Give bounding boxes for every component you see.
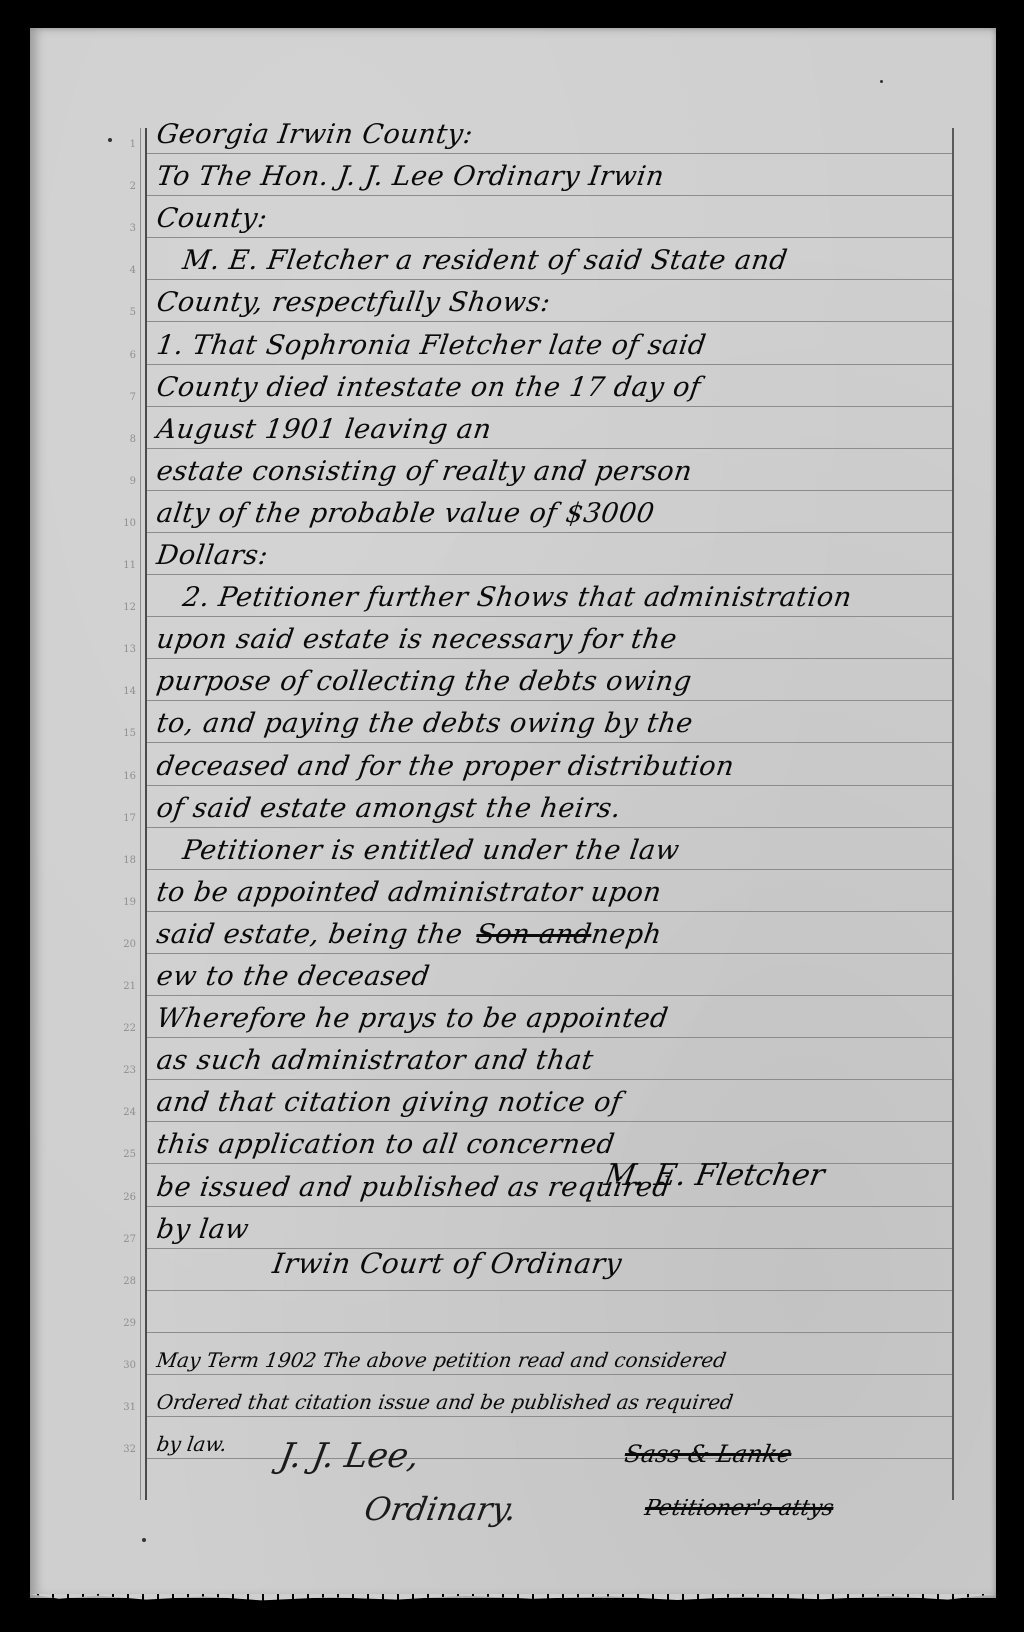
petition-line: purpose of collecting the debts owing <box>154 662 960 702</box>
line-number: 31 <box>106 1402 136 1413</box>
petition-line: be issued and published as required <box>154 1168 960 1208</box>
line-number: 26 <box>106 1192 136 1203</box>
line-number: 22 <box>106 1023 136 1034</box>
line-number: 27 <box>106 1234 136 1245</box>
petition-line: and that citation giving notice of <box>154 1083 960 1123</box>
line-number: 30 <box>106 1360 136 1371</box>
petition-line-text: said estate, being the <box>154 915 465 955</box>
petition-line: deceased and for the proper distribution <box>154 747 960 787</box>
petition-line: of said estate amongst the heirs. <box>154 789 960 829</box>
order-heading: Irwin Court of Ordinary <box>270 1244 1024 1284</box>
petition-line-text: upon said estate is necessary for the <box>154 620 680 660</box>
line-number: 7 <box>106 392 136 403</box>
paper-speck <box>108 138 112 142</box>
line-number: 5 <box>106 307 136 318</box>
ruled-line <box>147 1290 952 1291</box>
paper-speck <box>880 80 883 83</box>
petition-line-text: M. E. Fletcher a resident of said State … <box>180 241 790 281</box>
petition-line: County, respectfully Shows: <box>154 283 960 323</box>
struck-attorney-name: Sass & Lanke <box>623 1440 794 1468</box>
line-number: 11 <box>106 560 136 571</box>
petition-line: 1. That Sophronia Fletcher late of said <box>154 326 960 366</box>
line-number: 10 <box>106 518 136 529</box>
petition-line: alty of the probable value of $3000 <box>154 494 960 534</box>
petitioner-signature: M. E. Fletcher <box>602 1158 827 1193</box>
judge-signature: J. J. Lee, <box>276 1436 422 1476</box>
line-number: 24 <box>106 1107 136 1118</box>
judge-title: Ordinary. <box>362 1490 520 1528</box>
petition-line-continuation: neph <box>589 915 665 955</box>
petition-line-text: deceased and for the proper distribution <box>154 747 737 787</box>
line-number: 6 <box>106 350 136 361</box>
line-number: 17 <box>106 813 136 824</box>
line-number: 4 <box>106 265 136 276</box>
petition-line-text: 2. Petitioner further Shows that adminis… <box>180 578 854 618</box>
line-number: 32 <box>106 1444 136 1455</box>
petition-line: as such administrator and that <box>154 1041 960 1081</box>
line-number: 3 <box>106 223 136 234</box>
order-line: May Term 1902 The above petition read an… <box>154 1340 960 1380</box>
petition-line: this application to all concerned <box>154 1125 960 1165</box>
line-number: 15 <box>106 728 136 739</box>
petition-line-text: County, respectfully Shows: <box>154 283 553 323</box>
struck-attorney-title: Petitioner's attys <box>643 1496 836 1521</box>
line-number: 16 <box>106 771 136 782</box>
line-number: 29 <box>106 1318 136 1329</box>
petition-line-text: Georgia Irwin County: <box>154 115 476 155</box>
line-number: 12 <box>106 602 136 613</box>
petition-line-text: County died intestate on the 17 day of <box>154 368 703 408</box>
petition-line-text: to be appointed administrator upon <box>154 873 664 913</box>
petition-line: estate consisting of realty and person <box>154 452 960 492</box>
petition-line: August 1901 leaving an <box>154 410 960 450</box>
petition-line-text: purpose of collecting the debts owing <box>154 662 694 702</box>
line-number: 21 <box>106 981 136 992</box>
line-number: 20 <box>106 939 136 950</box>
petition-line: Petitioner is entitled under the law <box>180 831 986 871</box>
petition-line: to be appointed administrator upon <box>154 873 960 913</box>
line-number: 13 <box>106 644 136 655</box>
order-line: Ordered that citation issue and be publi… <box>154 1382 960 1422</box>
document-page: 1234567891011121314151617181920212223242… <box>30 28 996 1598</box>
petition-line: M. E. Fletcher a resident of said State … <box>180 241 986 281</box>
petition-line-text: of said estate amongst the heirs. <box>154 789 624 829</box>
left-margin-rule-thin <box>140 128 141 1500</box>
petition-line-text: and that citation giving notice of <box>154 1083 624 1123</box>
line-number: 23 <box>106 1065 136 1076</box>
petition-line: ew to the deceased <box>154 957 960 997</box>
petition-line-text: be issued and published as required <box>154 1168 673 1208</box>
petition-line-text: estate consisting of realty and person <box>154 452 695 492</box>
line-number: 9 <box>106 476 136 487</box>
petition-line-text: To The Hon. J. J. Lee Ordinary Irwin <box>154 157 667 197</box>
paper-speck <box>142 1538 146 1542</box>
petition-line-text: Petitioner is entitled under the law <box>180 831 682 871</box>
petition-line: County: <box>154 199 960 239</box>
petition-line: 2. Petitioner further Shows that adminis… <box>180 578 986 618</box>
petition-line-text: this application to all concerned <box>154 1125 617 1165</box>
petition-line-text: to, and paying the debts owing by the <box>154 704 696 744</box>
order-line: by law. <box>154 1424 960 1464</box>
petition-line: To The Hon. J. J. Lee Ordinary Irwin <box>154 157 960 197</box>
line-number: 28 <box>106 1276 136 1287</box>
ruled-line <box>147 1332 952 1333</box>
left-margin-rule <box>145 128 147 1500</box>
petition-line: County died intestate on the 17 day of <box>154 368 960 408</box>
petition-line: Georgia Irwin County: <box>154 115 960 155</box>
petition-line: to, and paying the debts owing by the <box>154 704 960 744</box>
line-number: 25 <box>106 1149 136 1160</box>
petition-line-text: ew to the deceased <box>154 957 432 997</box>
line-number: 18 <box>106 855 136 866</box>
petition-line: Dollars: <box>154 536 960 576</box>
petition-line-text: Dollars: <box>154 536 271 576</box>
line-number: 2 <box>106 181 136 192</box>
petition-line-text: alty of the probable value of $3000 <box>154 494 657 534</box>
petition-line: upon said estate is necessary for the <box>154 620 960 660</box>
petition-line: Wherefore he prays to be appointed <box>154 999 960 1039</box>
line-number: 14 <box>106 686 136 697</box>
line-number: 19 <box>106 897 136 908</box>
petition-line-text: 1. That Sophronia Fletcher late of said <box>154 326 709 366</box>
petition-line-text: as such administrator and that <box>154 1041 596 1081</box>
petition-line-text: August 1901 leaving an <box>154 410 494 450</box>
petition-line: said estate, being theSon andneph <box>154 915 960 955</box>
petition-line-text: County: <box>154 199 270 239</box>
petition-line-text: Wherefore he prays to be appointed <box>154 999 671 1039</box>
struck-text: Son and <box>474 915 595 955</box>
petition-line-text: by law <box>154 1210 252 1250</box>
line-number: 8 <box>106 434 136 445</box>
